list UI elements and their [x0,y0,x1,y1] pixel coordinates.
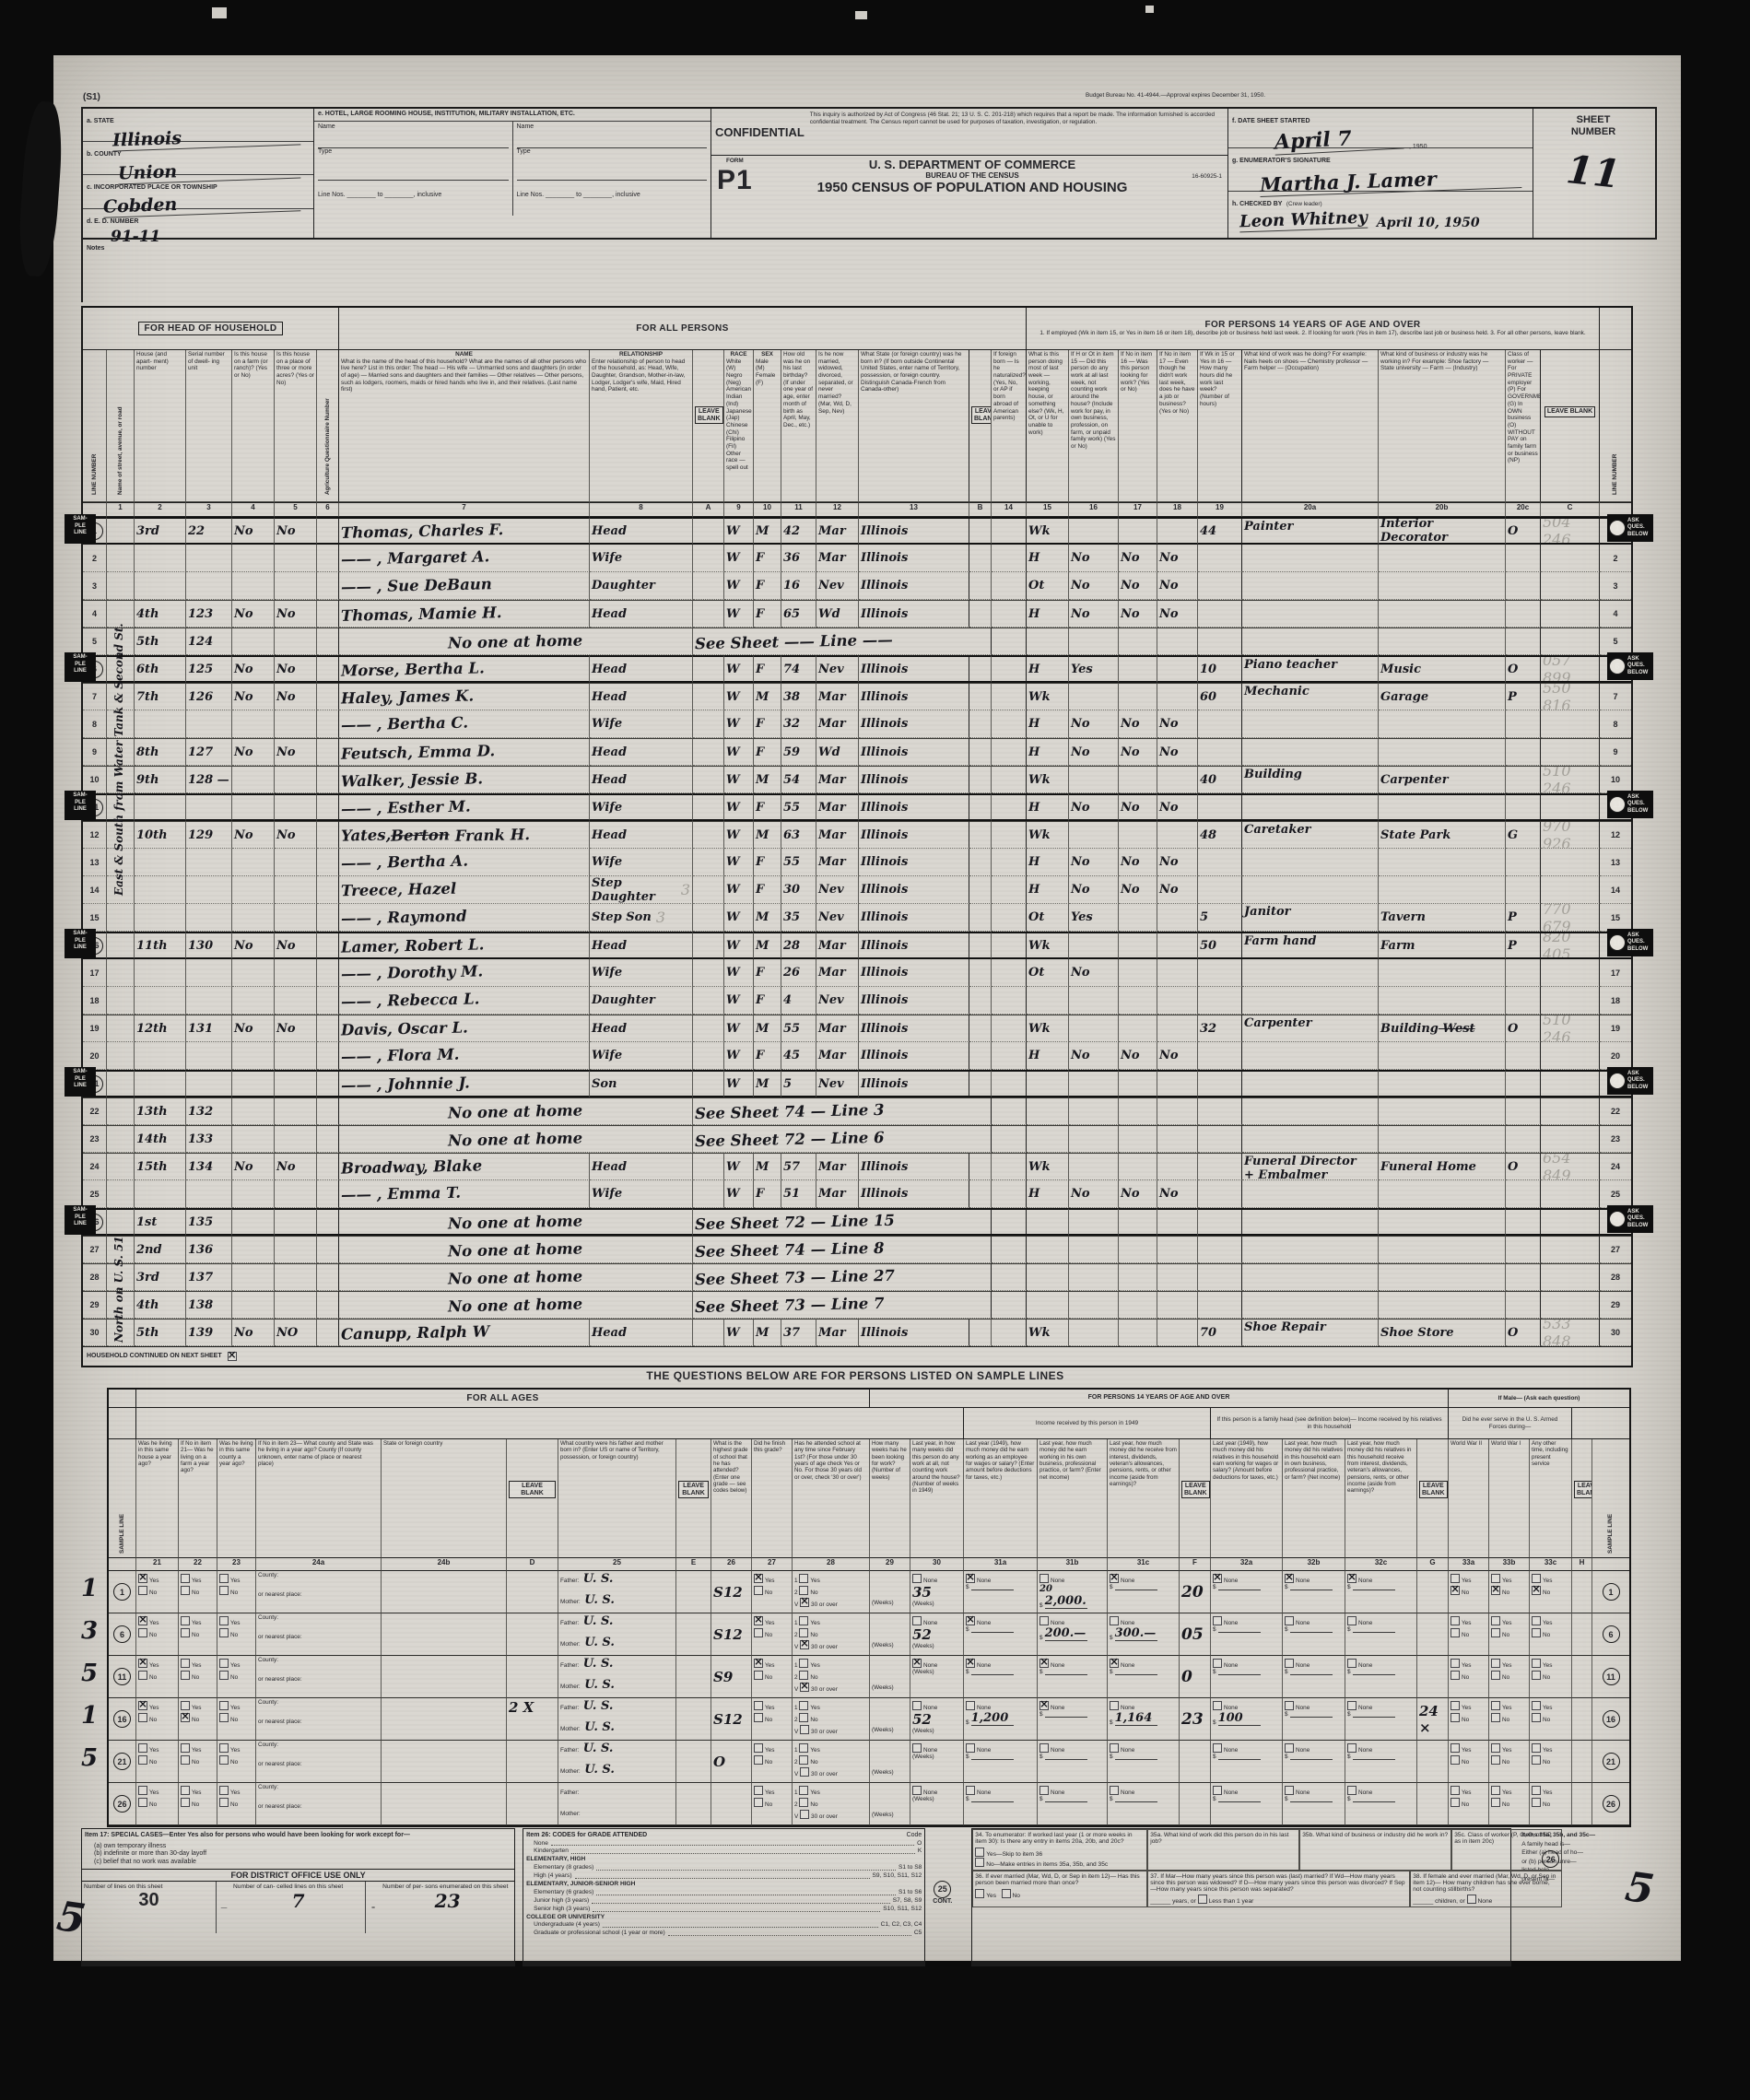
ask-badge-circle: 6 [1609,658,1626,675]
sample-colhead-q22-text: If No in item 21— Was he living on a far… [181,1440,215,1474]
sample-row-line-circle: 11 [113,1668,131,1685]
age-value: 32 [783,717,800,731]
c32b-amount [1290,1759,1333,1760]
cell-i17 [1119,904,1157,932]
sex-value: F [756,883,764,897]
ask-badge-text-line: QUES. [1627,939,1648,945]
scanned-census-sheet: Budget Bureau No. 41-4944.—Approval expi… [0,0,1750,2100]
c30-none-box [912,1743,922,1753]
cell-i16: Yes [1069,904,1119,932]
cell-rel: Head [590,932,693,959]
cell-lineL: 7 [83,683,107,710]
cell-nat [992,1125,1027,1153]
cell-serial: 139 [186,1319,232,1346]
cell-age: 32 [781,710,816,738]
sample-cell-c29: (Weeks) [870,1656,910,1698]
ask-ques-below-badge: 26ASKQUES.BELOW [1607,1205,1653,1233]
cell-acres: No [275,683,317,710]
cell-serial [186,849,232,876]
hasjob-value: No [1159,855,1179,869]
ask-ques-below-badge: 11ASKQUES.BELOW [1607,791,1653,818]
age-value: 16 [783,579,800,592]
c31a-dollar: $ [966,1719,969,1726]
cell-i16: Yes [1069,655,1119,683]
sample-badge-line: PLE [65,662,96,669]
code-row: ELEMENTARY, JUNIOR-SENIOR HIGH [526,1881,922,1889]
cell-occ: Shoe Repair [1242,1319,1379,1346]
cell-cls: O [1506,517,1541,545]
c33a-no-box [1451,1755,1460,1765]
sample-cell-H [1572,1613,1592,1656]
cell-house: 3rd [135,517,186,545]
cell-occ [1242,628,1379,655]
cell-race: W [724,683,754,710]
serial-number-value: 130 [188,939,213,953]
q21-no-box [138,1798,147,1807]
age-value: 42 [783,524,800,538]
house-number-value: 10th [136,828,168,842]
sample-cell-c33a: YesNo [1449,1783,1489,1825]
cell-occ [1242,1097,1379,1125]
q23-yes: Yes [219,1616,253,1626]
cell-serial: 138 [186,1291,232,1319]
c33c-yes-box [1532,1616,1541,1625]
person-name: Canupp, Ralph W [341,1322,490,1343]
c31b-amount [1045,1674,1087,1675]
c32c-amount [1353,1717,1395,1718]
q27-yes-box [754,1786,763,1795]
q22-yes-box [181,1786,190,1795]
item37-cell: 37. If Mar—How many years since this per… [1147,1871,1410,1907]
cell-i15: Wk [1027,1153,1069,1180]
cell-i16: No [1069,1042,1119,1070]
cell-lineL: 9 [83,738,107,766]
cell-lineR: 15 [1600,904,1631,932]
cell-C [1541,1125,1600,1153]
c33a-no-box [1451,1798,1460,1807]
c33c-no-box [1532,1671,1541,1680]
q28-no: 2 No [794,1713,867,1723]
sample-cell-H [1572,1698,1592,1741]
table-row: 18—— , Rebecca L.DaughterWF4NevIllinois1… [83,987,1631,1015]
cell-i18 [1157,1236,1198,1263]
marital-value: Mar [818,1187,846,1201]
c32b-dollar: $ [1285,1669,1288,1675]
cell-i15 [1027,1125,1069,1153]
activity-value: H [1028,801,1039,815]
q23-yes-box [219,1743,229,1753]
cell-farm [232,959,275,987]
cell-serial [186,1042,232,1070]
cell-race: W [724,876,754,904]
q21-no-box [138,1671,147,1680]
cell-race: W [724,655,754,683]
house-number-value: 8th [136,745,159,759]
colhead-hrs: If Wk in 15 or Yes in 16 — How many hour… [1198,350,1242,502]
c31b-amount-line: $2,000. [1039,1594,1105,1609]
sample-cell-c31c: None$ [1108,1741,1180,1783]
person-name: —— , Johnnie J. [341,1073,470,1094]
cell-serial: 123 [186,600,232,628]
cell-i18 [1157,959,1198,987]
cell-nat [992,683,1027,710]
father-country: U. S. [579,1742,613,1755]
cell-acres [275,1180,317,1208]
c33b-no-box [1491,1671,1500,1680]
q23-yes-box [219,1616,229,1625]
cell-acres [275,1291,317,1319]
code-row: Elementary (8 grades)S1 to S8 [526,1864,922,1872]
sample-cell-q22: YesNo [179,1783,217,1825]
sample-row: 11YesNoYesNoYesNoCounty:or nearest place… [109,1571,1629,1613]
mother-label: Mother: [560,1684,581,1690]
sample-cell-c33a: YesNo [1449,1613,1489,1656]
serial-number-value: 124 [188,635,213,649]
line-number: 5 [92,637,97,646]
line-number-right: 5 [1613,637,1617,646]
sample-cell-c32b: None$ [1283,1656,1345,1698]
cell-nat [992,1070,1027,1097]
marital-value: Mar [818,1022,846,1036]
cell-farm [232,1180,275,1208]
c31b-amount: 200.— [1045,1626,1087,1641]
c32a-amount-line: $ [1213,1754,1280,1760]
col-f-value: 20 [1181,1583,1204,1601]
mother-line: Mother: U. S. [560,1593,674,1607]
colnum-i15: 15 [1027,502,1069,517]
line-number-right: 24 [1611,1162,1620,1171]
line-number: 10 [89,775,99,784]
hours-value: 44 [1200,524,1216,538]
weeks-label-30: (Weeks) [912,1754,961,1760]
code-value: S7, S8, S9 [893,1897,922,1906]
line-number: 24 [89,1162,99,1171]
c31c-dollar: $ [1110,1719,1113,1726]
cell-mar: Mar [816,766,859,793]
sample-cell-c31c: None$ [1108,1656,1180,1698]
cell-serial: 126 [186,683,232,710]
person-name: —— , Margaret A. [341,547,490,568]
cell-farm: No [232,683,275,710]
q27-yes-box [754,1743,763,1753]
cell-B [969,904,992,932]
line-number-right: 23 [1611,1134,1620,1144]
c31c-none-box [1110,1743,1119,1753]
cell-acres: No [275,738,317,766]
marital-value: Nev [818,579,844,592]
line-number-right: 3 [1613,581,1617,591]
c31c-none: None [1110,1659,1177,1669]
race-value: W [726,855,740,869]
line-number: 22 [89,1107,99,1116]
cell-A [693,904,724,932]
cell-name: No one at home [339,1291,693,1319]
cell-nat [992,766,1027,793]
line-number-right: 15 [1611,913,1620,922]
cell-serial: 130 [186,932,232,959]
items-34-38-box: 34. To enumerator: If worked last year (… [971,1828,1511,1966]
q21-no: No [138,1586,176,1596]
birthplace-value: Illinois [861,883,908,897]
ask-badge-circle: 1 [1609,520,1626,536]
sample-colhead-c26: What is the highest grade of school that… [711,1439,752,1557]
stray-mark-right-5: 5 [1623,1863,1657,1914]
sample-badge-line: SAM- [65,654,96,662]
c31c-amount-line: $ [1110,1754,1177,1760]
cell-race: W [724,932,754,959]
c31b-none: None [1039,1659,1105,1669]
cell-farm: No [232,821,275,849]
c32a-none: None [1213,1659,1280,1669]
industry-value: Building [1380,1022,1439,1036]
sample-colnum-c24b: 24b [382,1557,507,1571]
cell-cls [1506,1208,1541,1236]
cell-B [969,1153,992,1180]
acres-value: No [276,1160,296,1174]
name-prefix: Yates, [341,826,392,844]
house-number-value: 3rd [136,524,159,538]
farm-value: No [234,828,253,842]
colhead-born-text: What State (or foreign country) was he b… [861,351,967,393]
cell-i17 [1119,987,1157,1015]
cell-farm [232,876,275,904]
sample-colhead-c32b: Last year, how much money did his relati… [1283,1439,1345,1557]
sample-badge-line: LINE [65,944,96,952]
weeks-label-29: (Weeks) [872,1684,908,1691]
cell-hrs: 10 [1198,655,1242,683]
cell-agqn [317,904,339,932]
cell-serial [186,1070,232,1097]
serial-number-value: 126 [188,690,213,704]
c31b-dollar: $ [1039,1669,1043,1675]
cell-i18 [1157,1097,1198,1125]
cell-street [107,1153,135,1180]
activity-value: Wk [1028,1160,1051,1174]
sample-cell-c28: 1 Yes2 NoV 30 or over [793,1656,870,1698]
person-name: Thomas, Charles F. [341,521,504,542]
activity-value: Wk [1028,939,1051,953]
cell-hrs [1198,959,1242,987]
sex-value: M [756,1022,769,1036]
cell-sex: M [754,517,781,545]
mother-label: Mother: [560,1641,581,1648]
sample-cell-c24a: County:or nearest place: [256,1613,382,1656]
c33a-no: No [1451,1713,1486,1723]
sample-cell-c26: S9 [711,1656,752,1698]
sample-cell-c31a: None$ [964,1613,1038,1656]
cell-B [969,572,992,600]
cell-born: Illinois [859,1319,969,1346]
cell-mar: Mar [816,1319,859,1346]
q21-no: No [138,1713,176,1723]
table-row: 17—— , Dorothy M.WifeWF26MarIllinoisOtNo… [83,959,1631,987]
cell-i18: No [1157,876,1198,904]
cell-lineL: 10 [83,766,107,793]
name-corrected: Frank H. [450,826,530,845]
worked-value: No [1071,717,1090,731]
cell-farm [232,849,275,876]
colnum-i16: 16 [1069,502,1119,517]
vacant-text: No one at home [448,1295,582,1315]
cell-nat [992,1180,1027,1208]
ask-badge-text-line: BELOW [1627,1223,1648,1229]
table-row: 66th125NoNoMorse, Bertha L.HeadWF74NevIl… [83,655,1631,683]
col-g-value: 24 × [1419,1703,1446,1736]
q21-yes-box [138,1574,147,1583]
cell-C [1541,1070,1600,1097]
colhead-age-text: How old was he on his last birthday? (If… [783,351,814,429]
table-row: 20—— , Flora M.WifeWF45MarIllinoisHNoNoN… [83,1042,1631,1070]
person-name: Lamer, Robert L. [341,935,485,956]
ask-badge-text-line: BELOW [1627,532,1648,538]
activity-value: H [1028,1187,1039,1201]
colhead-ind-text: What kind of business or industry was he… [1380,351,1503,372]
q23-no: No [219,1755,253,1766]
c31c-amount: 300.— [1115,1626,1157,1641]
cell-i15 [1027,1263,1069,1291]
q22-no-box [181,1628,190,1637]
c32a-amount-line: $ [1213,1584,1280,1590]
item17-a: (a) own temporary illness [94,1843,511,1851]
c32a-amount-line: $100 [1213,1711,1280,1726]
age-value: 36 [783,551,800,565]
sheet-number-block: SHEET NUMBER 11 [1533,109,1653,238]
cell-nat [992,821,1027,849]
sample-cell-H [1572,1656,1592,1698]
sample-line-badge: SAM-PLELINE [65,1205,96,1235]
code-label: Undergraduate (4 years) [534,1921,600,1930]
sample-badge-line: SAM- [65,516,96,523]
code-label: None [534,1840,548,1848]
cell-lineL: 17 [83,959,107,987]
vacant-text: No one at home [448,1101,582,1121]
ed-number-label: d. E. D. NUMBER [87,218,138,225]
cell-B [969,987,992,1015]
sample-cell-c27: YesNo [752,1613,793,1656]
q27-yes: Yes [754,1786,790,1796]
sample-colhead-badge-vertical: SAMPLE LINE [119,1443,126,1554]
cell-A [693,1180,724,1208]
sample-cell-q23: YesNo [217,1571,256,1613]
cell-i18 [1157,655,1198,683]
activity-value: H [1028,551,1039,565]
sample-cell-c33c: YesNo [1530,1571,1572,1613]
line-number-right: 27 [1611,1245,1620,1254]
item37-less-checkbox [1198,1895,1207,1904]
c31a-amount: 1,200 [971,1711,1014,1726]
cell-C [1541,600,1600,628]
looking-value: No [1121,551,1140,565]
cell-rel: Head [590,821,693,849]
cell-B [969,1015,992,1042]
c32b-amount-line: $ [1285,1754,1343,1760]
person-name: Morse, Bertha L. [341,659,485,679]
sample-cell-c31a: None$1,200 [964,1698,1038,1741]
cell-born: Illinois [859,710,969,738]
crew-leader-label: (Crew leader) [1286,201,1322,207]
ask-badge-text-line: ASK [1627,518,1648,524]
looking-value: No [1121,607,1140,621]
sample-cell-c27: YesNo [752,1741,793,1783]
c33b-no: No [1491,1671,1527,1681]
cell-hrs [1198,876,1242,904]
cell-B [969,1319,992,1346]
sample-cell-c24b [382,1571,507,1613]
code-row: High (4 years)S9, S10, S11, S12 [526,1872,922,1881]
cell-lineR: 8 [1600,710,1631,738]
cell-occ [1242,600,1379,628]
code-leader [551,1845,914,1846]
c32b-dollar: $ [1285,1584,1288,1590]
sample-badge-line: PLE [65,800,96,807]
colhead-mar: Is he now married, widowed, divorced, se… [816,350,859,502]
c31c-dollar: $ [1110,1796,1113,1802]
form-footer: Item 17: SPECIAL CASES—Enter Yes also fo… [81,1828,1635,1966]
birthplace-value: Illinois [861,551,908,565]
q27-no-box [754,1713,763,1722]
cell-A: See Sheet —— Line —— [693,628,992,655]
hotel-line-nos: Line Nos. ________ to ________, inclusiv… [318,192,509,200]
cell-i17 [1119,959,1157,987]
c32b-amount-line: $ [1285,1626,1343,1633]
office-code-pencil: 504 246 [1543,517,1597,545]
weeks-worked-value: 52 [912,1711,961,1728]
relationship-value: Head [592,1160,627,1174]
colnum-street: 1 [107,502,135,517]
cell-hrs [1198,1291,1242,1319]
c33a-yes: Yes [1451,1743,1486,1754]
marital-value: Mar [818,1049,846,1062]
table-row: 13rd22NoNoThomas, Charles F.HeadWM42MarI… [83,517,1631,545]
sample-cell-c33c: YesNo [1530,1741,1572,1783]
c33a-no: No [1451,1628,1486,1638]
cell-lineR: 12 [1600,821,1631,849]
table-row: 15—— , RaymondStep Son 3WM35NevIllinoisO… [83,904,1631,932]
q22-yes-box [181,1659,190,1668]
cell-hrs [1198,600,1242,628]
sample-cell-c25: Father: Mother: [558,1783,676,1825]
cell-farm [232,1236,275,1263]
sex-value: M [756,910,769,924]
cell-ind [1379,600,1506,628]
cell-name: Morse, Bertha L. [339,655,590,683]
cell-acres [275,876,317,904]
sample-cell-c29: (Weeks) [870,1571,910,1613]
district-minus: — [217,1882,231,1933]
q21-yes-box [138,1743,147,1753]
c33b-no: No [1491,1586,1527,1596]
cell-i15: H [1027,738,1069,766]
mother-country: U. S. [581,1763,615,1777]
cell-age: 36 [781,545,816,572]
c33a-no: No [1451,1586,1486,1596]
ask-badge-text-line: QUES. [1627,1215,1648,1222]
cell-i16 [1069,1015,1119,1042]
date-started-label: f. DATE SHEET STARTED [1232,118,1310,124]
line-number-right: 2 [1613,554,1617,563]
cell-age: 55 [781,849,816,876]
serial-number-value: 133 [188,1132,213,1146]
colhead-A: LEAVE BLANK [693,350,724,502]
ask-badge-text-line: ASK [1627,794,1648,801]
cell-name: Broadway, Blake [339,1153,590,1180]
c32b-dollar: $ [1285,1796,1288,1802]
cell-serial: 134 [186,1153,232,1180]
c31b-none-box [1039,1659,1049,1668]
income-self-band: Income received by this person in 1949 [964,1408,1211,1439]
activity-value: Ot [1028,579,1044,592]
age-value: 30 [783,883,800,897]
